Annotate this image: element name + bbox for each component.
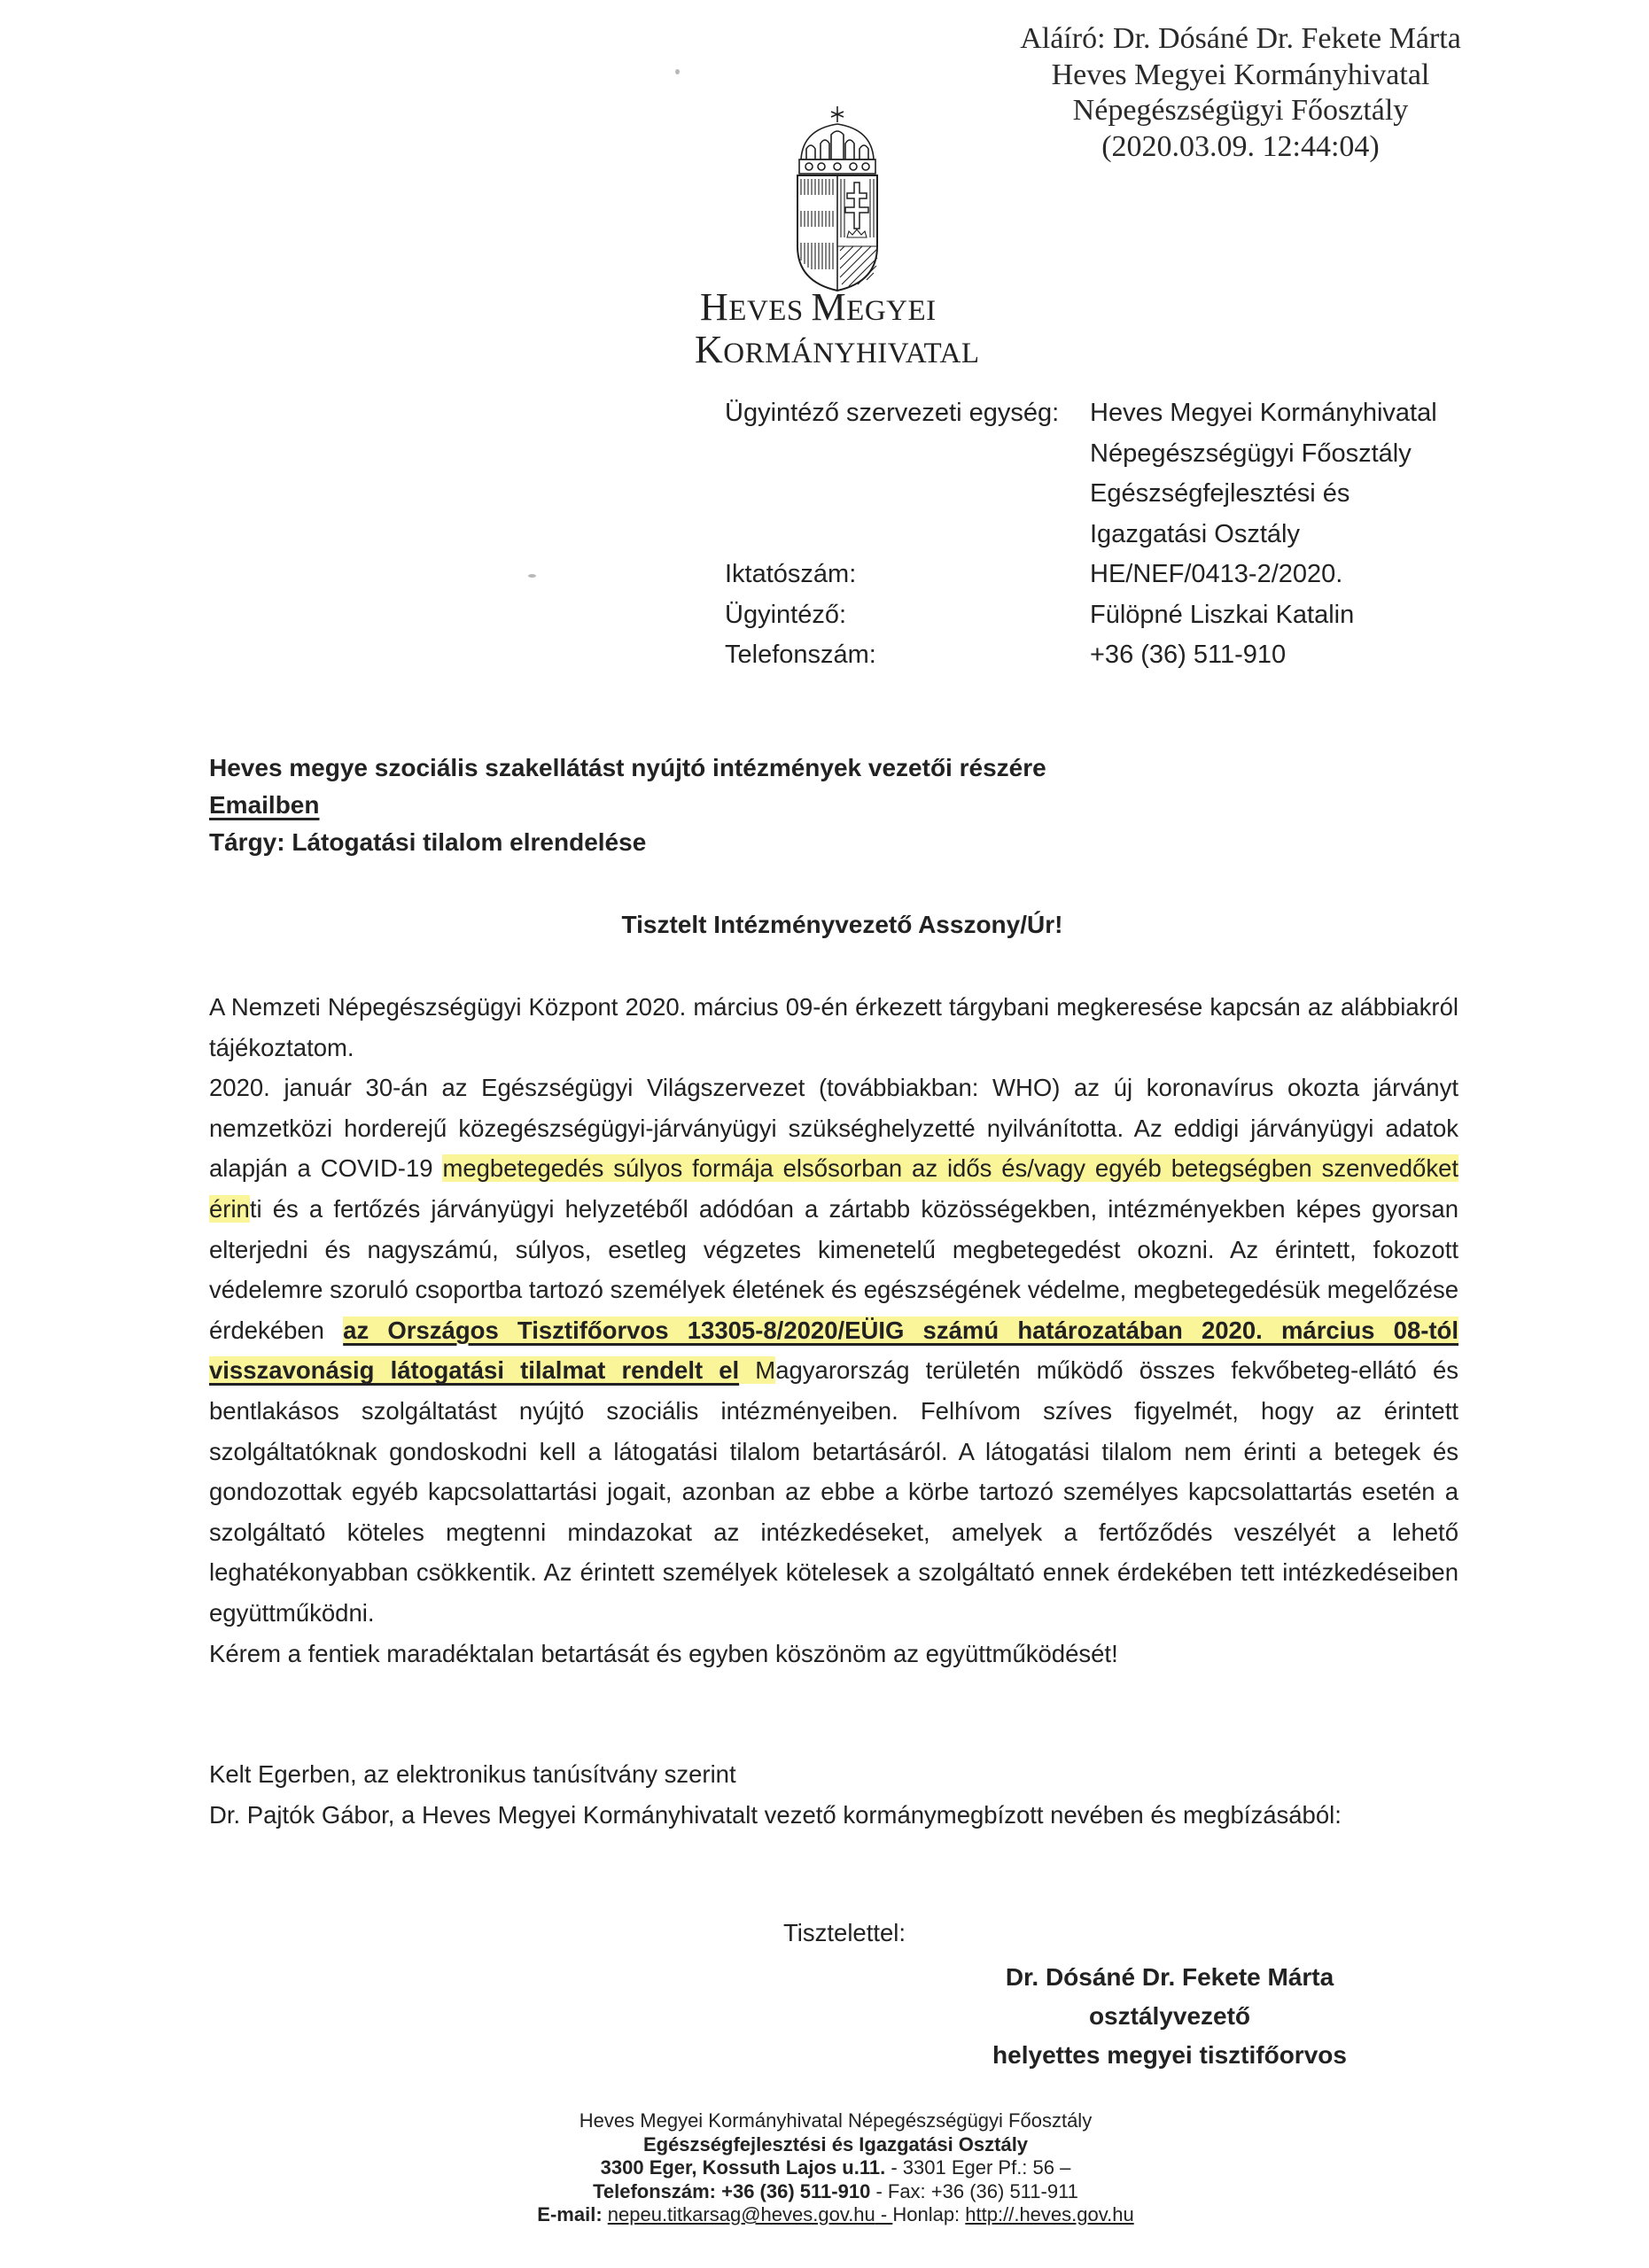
signature-timestamp: (2020.03.09. 12:44:04) <box>992 129 1489 166</box>
website-link[interactable]: http://.heves.gov.hu <box>965 2203 1133 2225</box>
salutation: Tisztelt Intézményvezető Asszony/Úr! <box>0 911 1649 939</box>
info-row-reference-number: Iktatószám: HE/NEF/0413-2/2020. <box>725 555 1437 595</box>
info-row: Ügyintéző szervezeti egység: Heves Megye… <box>725 393 1437 434</box>
closing-block: Kelt Egerben, az elektronikus tanúsítván… <box>209 1754 1458 1835</box>
office-name-line1: HEVES MEGYEI <box>700 288 980 330</box>
footer-contact: E-mail: nepeu.titkarsag@heves.gov.hu - H… <box>481 2203 1190 2227</box>
electronic-signature-stamp: Aláíró: Dr. Dósáné Dr. Fekete Márta Heve… <box>992 21 1489 165</box>
footer-phone-fax: Telefonszám: +36 (36) 511-910 - Fax: +36… <box>481 2180 1190 2204</box>
info-label: Telefonszám: <box>725 635 1090 676</box>
email-link[interactable]: nepeu.titkarsag@heves.gov.hu - <box>608 2203 893 2225</box>
case-officer: Fülöpné Liszkai Katalin <box>1090 595 1354 636</box>
signer-role: helyettes megyei tisztifőorvos <box>886 2036 1453 2075</box>
info-label <box>725 474 1090 515</box>
office-name-logotype: HEVES MEGYEI KORMÁNYHIVATAL <box>700 288 980 373</box>
info-row: Igazgatási Osztály <box>725 515 1437 555</box>
footer-office: Heves Megyei Kormányhivatal Népegészségü… <box>481 2109 1190 2133</box>
info-value: Heves Megyei Kormányhivatal <box>1090 393 1437 434</box>
info-row-case-officer: Ügyintéző: Fülöpné Liszkai Katalin <box>725 595 1437 636</box>
info-value: Egészségfejlesztési és <box>1090 474 1350 515</box>
signer-line: Aláíró: Dr. Dósáné Dr. Fekete Márta <box>992 21 1489 58</box>
signature-block: Dr. Dósáné Dr. Fekete Márta osztályvezet… <box>886 1958 1453 2075</box>
signer-name: Dr. Dósáné Dr. Fekete Márta <box>886 1958 1453 1997</box>
signer-title: osztályvezető <box>886 1997 1453 2036</box>
phone-number: +36 (36) 511-910 <box>1090 635 1286 676</box>
body-paragraph: 2020. január 30-án az Egészségügyi Világ… <box>209 1068 1458 1633</box>
footer-address: 3300 Eger, Kossuth Lajos u.11. - 3301 Eg… <box>481 2156 1190 2180</box>
info-row: Népegészségügyi Főosztály <box>725 434 1437 475</box>
info-value: Igazgatási Osztály <box>1090 515 1300 555</box>
addressee: Heves megye szociális szakellátást nyújt… <box>209 750 1046 787</box>
info-label: Ügyintéző szervezeti egység: <box>725 393 1090 434</box>
info-row: Egészségfejlesztési és <box>725 474 1437 515</box>
office-name-line2: KORMÁNYHIVATAL <box>695 330 980 373</box>
delivery-method: Emailben <box>209 791 319 819</box>
body-paragraph: Kérem a fentiek maradéktalan betartását … <box>209 1634 1458 1674</box>
scan-speck <box>528 574 536 578</box>
info-label <box>725 434 1090 475</box>
place-date-line: Kelt Egerben, az elektronikus tanúsítván… <box>209 1754 1458 1795</box>
signer-department: Népegészségügyi Főosztály <box>992 93 1489 129</box>
info-value: Népegészségügyi Főosztály <box>1090 434 1412 475</box>
coat-of-arms-icon <box>794 105 881 292</box>
subject-line: Tárgy: Látogatási tilalom elrendelése <box>209 824 1046 861</box>
info-label <box>725 515 1090 555</box>
footer-department: Egészségfejlesztési és Igazgatási Osztál… <box>643 2133 1028 2155</box>
body-paragraph: A Nemzeti Népegészségügyi Központ 2020. … <box>209 987 1458 1068</box>
letter-body: A Nemzeti Népegészségügyi Központ 2020. … <box>209 987 1458 1674</box>
info-label: Ügyintéző: <box>725 595 1090 636</box>
recipient-block: Heves megye szociális szakellátást nyújt… <box>209 750 1046 861</box>
case-info-table: Ügyintéző szervezeti egység: Heves Megye… <box>725 393 1437 676</box>
on-behalf-line: Dr. Pajtók Gábor, a Heves Megyei Kormány… <box>209 1795 1458 1836</box>
signer-office: Heves Megyei Kormányhivatal <box>992 58 1489 94</box>
info-label: Iktatószám: <box>725 555 1090 595</box>
scan-speck <box>675 69 680 74</box>
reference-number: HE/NEF/0413-2/2020. <box>1090 555 1342 595</box>
regards-line: Tisztelettel: <box>783 1919 906 1947</box>
letter-footer: Heves Megyei Kormányhivatal Népegészségü… <box>481 2109 1190 2227</box>
info-row-phone: Telefonszám: +36 (36) 511-910 <box>725 635 1437 676</box>
